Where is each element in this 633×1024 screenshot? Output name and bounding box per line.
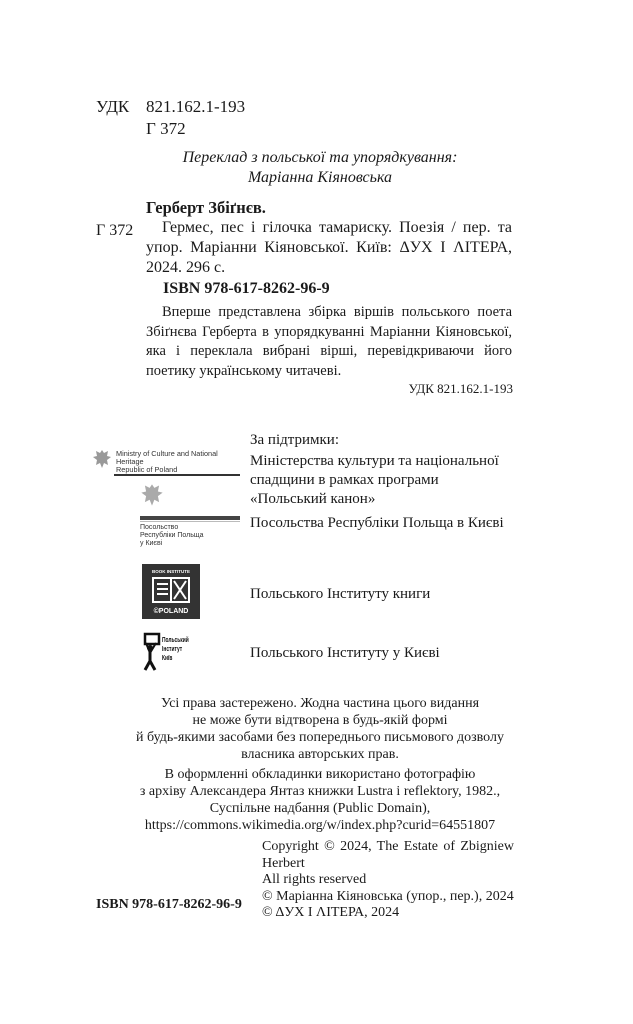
- translator-credit: Переклад з польської та упорядкування: М…: [140, 148, 500, 188]
- cover-credit: В оформленні обкладинки використано фото…: [110, 766, 530, 834]
- polish-eagle-icon: [140, 482, 164, 508]
- support-label: За підтримки:: [250, 432, 339, 449]
- polish-institute-kyiv-logo: Польський Інститут Київ: [142, 632, 202, 674]
- rights-notice: Усі права застережено. Жодна частина цьо…: [110, 695, 530, 763]
- embassy-poland-logo: Посольство Республіки Польща у Києві: [140, 480, 240, 555]
- catalog-annotation: Вперше представлена збірка віршів польсь…: [146, 303, 512, 381]
- ministry-culture-poland-logo: Ministry of Culture and National Heritag…: [92, 448, 240, 478]
- catalog-udk: УДК 821.162.1-193: [408, 381, 513, 397]
- copyright-block: Copyright © 2024, The Estate of Zbigniew…: [262, 839, 514, 922]
- support-ministry-text: Міністерства культури та національної сп…: [250, 452, 499, 509]
- support-embassy-text: Посольства Республіки Польща в Києві: [250, 514, 504, 533]
- udk-code: 821.162.1-193: [146, 97, 245, 116]
- udk-header: УДК821.162.1-193 Г 372: [96, 96, 245, 140]
- catalog-author: Герберт Збіґнєв.: [146, 198, 266, 218]
- isbn-footer: ISBN 978-617-8262-96-9: [96, 897, 242, 913]
- author-mark: Г 372: [96, 118, 245, 140]
- support-polish-institute-text: Польського Інституту у Києві: [250, 644, 440, 663]
- catalog-isbn: ISBN 978-617-8262-96-9: [163, 280, 330, 298]
- catalog-description: Гермес, пес і гілочка тамариску. Поезія …: [146, 218, 512, 278]
- translator-name: Маріанна Кіяновська: [140, 168, 500, 188]
- catalog-author-mark: Г 372: [96, 222, 133, 240]
- book-institute-mark-icon: [152, 577, 190, 603]
- support-book-institute-text: Польського Інституту книги: [250, 585, 430, 604]
- cover-credit-link: https://commons.wikimedia.org/w/index.ph…: [110, 817, 530, 834]
- translator-line-1: Переклад з польської та упорядкування:: [140, 148, 500, 168]
- polish-eagle-icon: [92, 448, 112, 470]
- person-holding-frame-icon: [142, 632, 162, 672]
- book-institute-logo: BOOK INSTITUTE ©POLAND: [142, 564, 200, 619]
- udk-label: УДК: [96, 96, 146, 118]
